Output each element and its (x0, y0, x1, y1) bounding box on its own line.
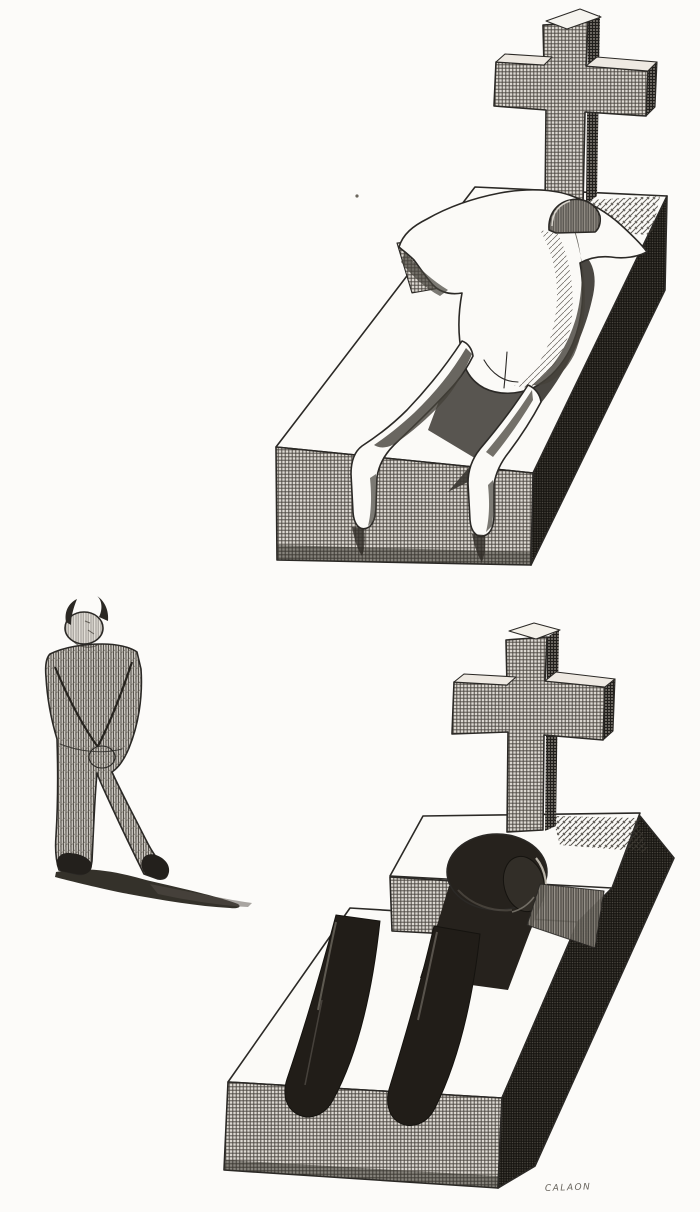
panel-bottom: CALAON (46, 596, 674, 1194)
artist-signature: CALAON (545, 1182, 592, 1194)
mourner (46, 596, 252, 908)
mourner-hands (89, 746, 115, 768)
cartoon-illustration: CALAON (0, 0, 700, 1212)
cross2-right-arm-end-face (603, 679, 615, 740)
ink-speck (355, 194, 358, 197)
cross2-front-face (452, 637, 605, 832)
cartoon-page: CALAON (0, 0, 700, 1212)
cross-front-face (494, 22, 648, 206)
panel-top (276, 9, 667, 565)
